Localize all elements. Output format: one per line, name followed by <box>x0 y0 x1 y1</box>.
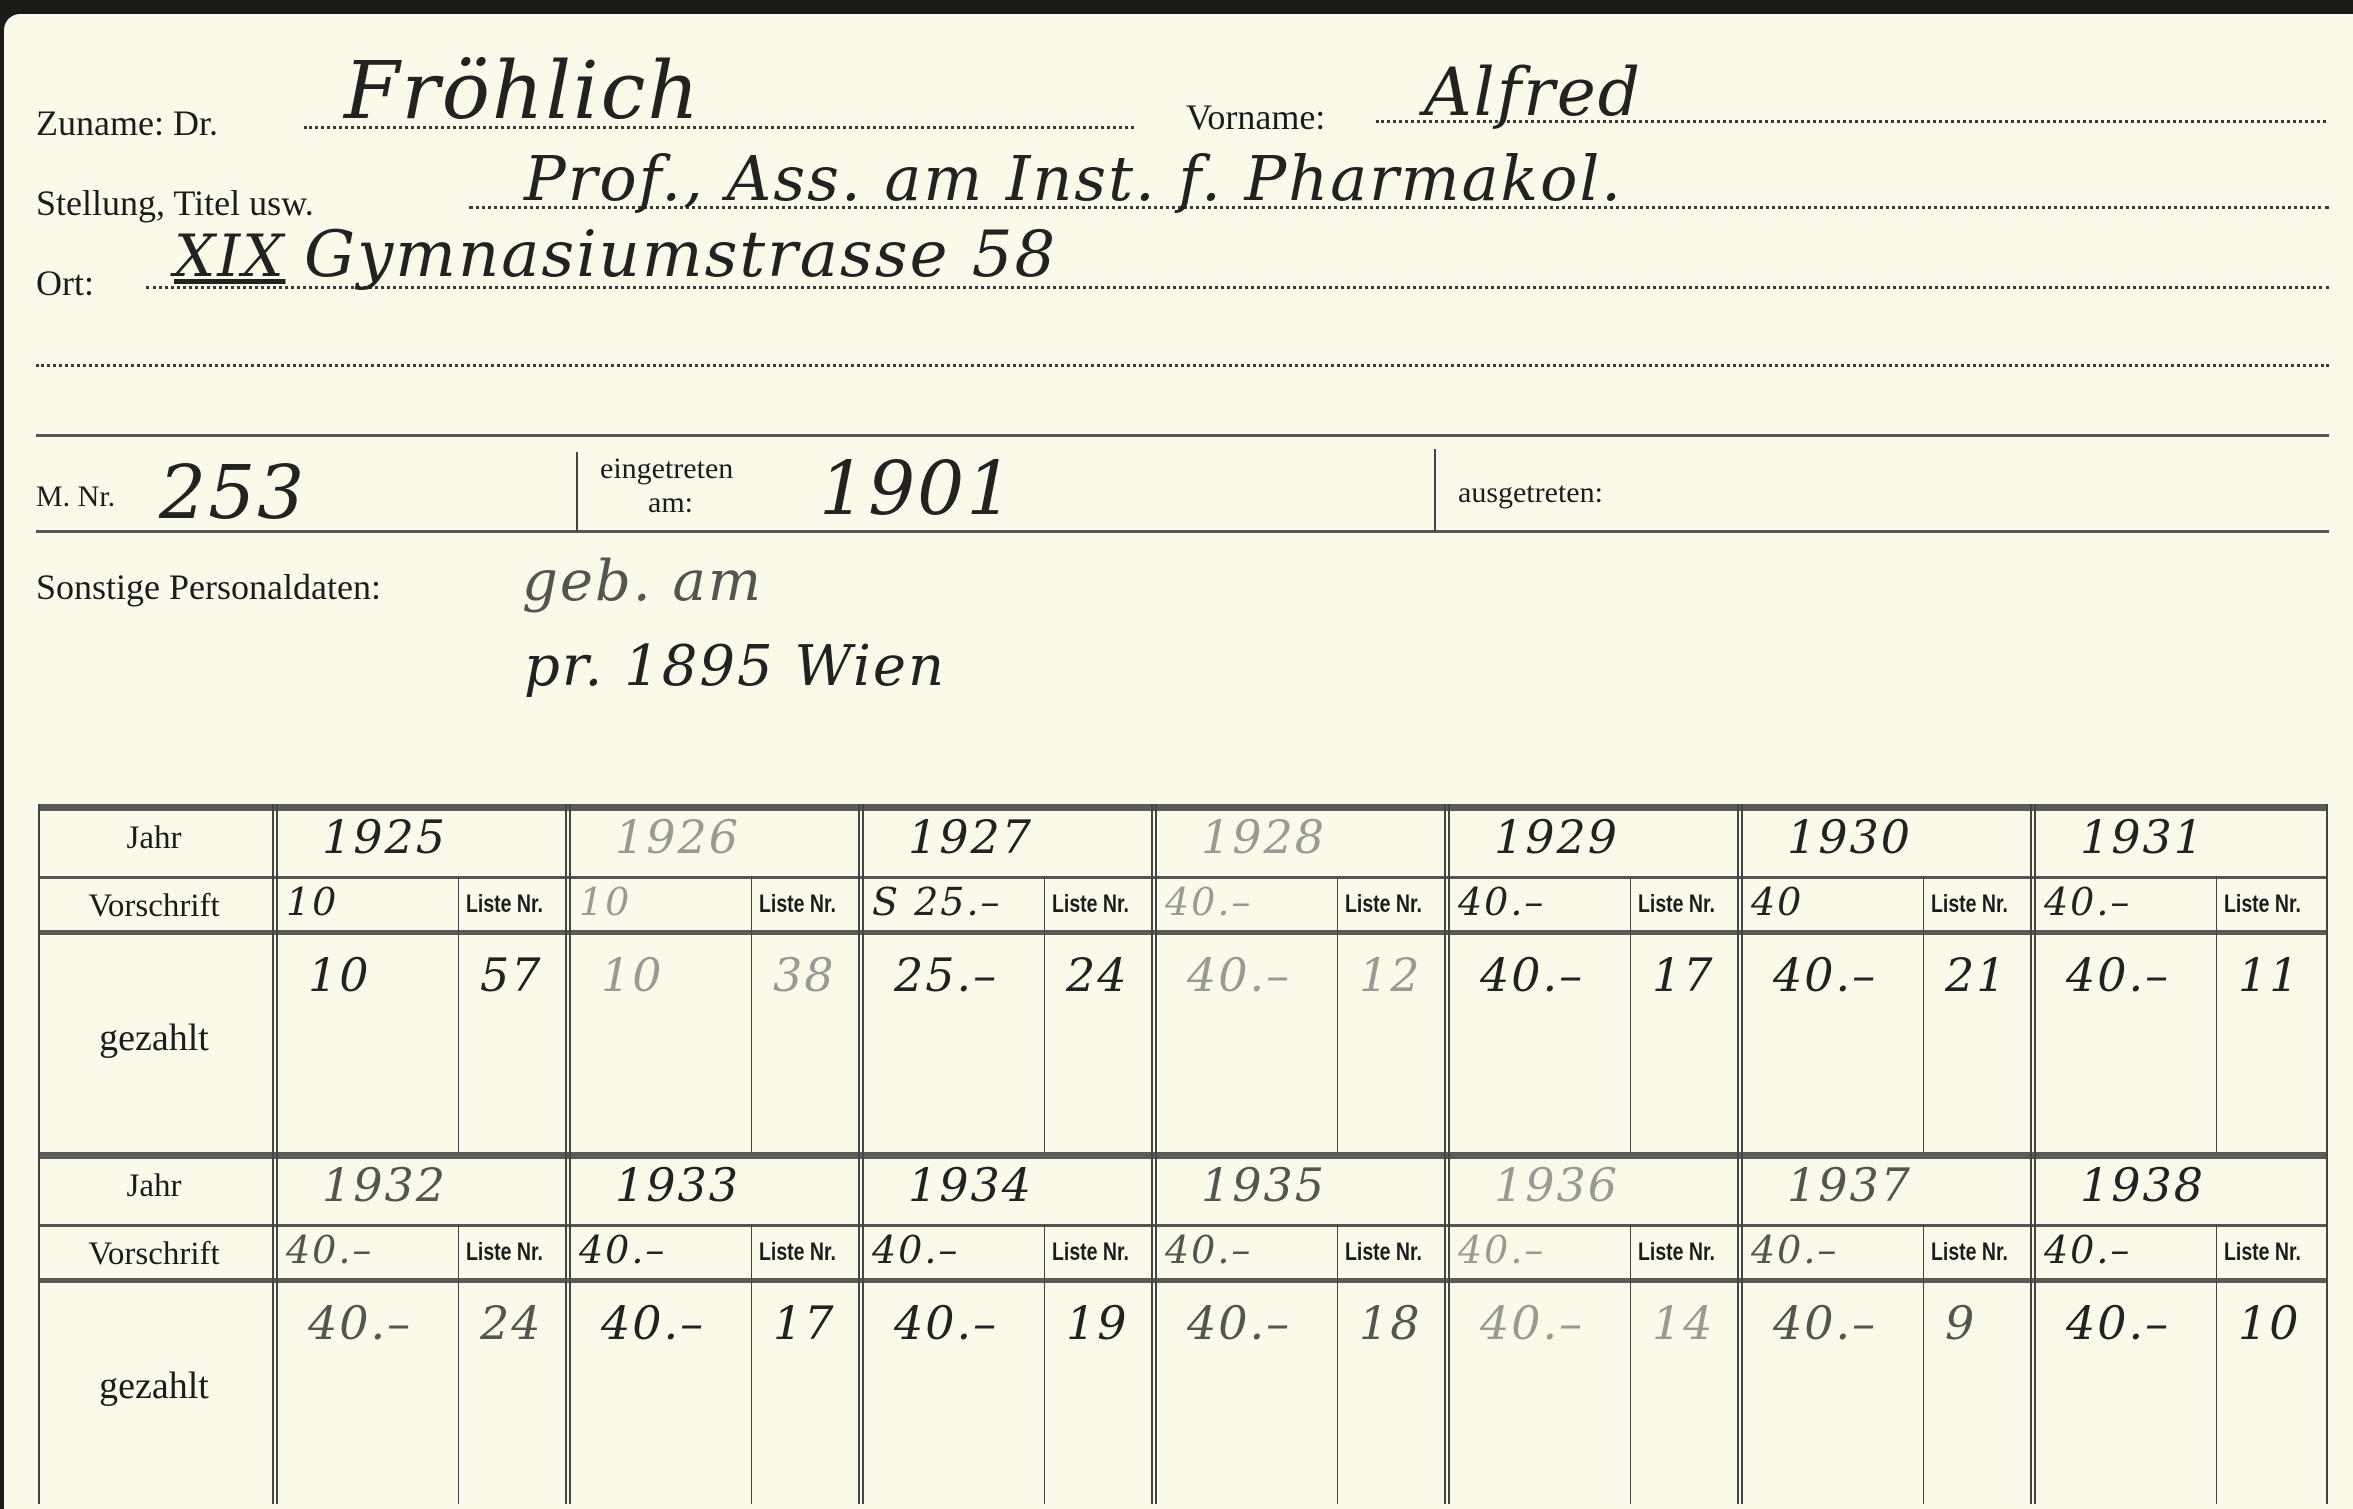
joined-label-1: eingetreten <box>600 452 733 486</box>
list-column-divider <box>2216 1224 2217 1504</box>
membership-divider-1 <box>576 452 578 532</box>
list-no-value: 57 <box>480 948 543 1002</box>
prescribed-value: 40.– <box>1751 1228 1838 1272</box>
year-block-divider <box>858 1152 864 1504</box>
list-column-divider <box>1044 876 1045 1156</box>
paid-value: 40.– <box>894 1296 998 1350</box>
list-no-header: Liste Nr. <box>466 890 543 919</box>
row-label-year: Jahr <box>38 820 270 857</box>
surname-value: Fröhlich <box>344 44 701 137</box>
list-no-value: 17 <box>1652 948 1715 1002</box>
year-value: 1934 <box>908 1158 1033 1212</box>
paid-value: 40.– <box>1773 1296 1877 1350</box>
list-column-divider <box>1923 1224 1924 1504</box>
list-column-divider <box>458 876 459 1156</box>
row-label-prescribed: Vorschrift <box>38 1236 270 1273</box>
year-block-divider <box>1444 1152 1450 1504</box>
year-value: 1933 <box>615 1158 740 1212</box>
list-no-header: Liste Nr. <box>1345 1238 1422 1267</box>
year-block-divider <box>1737 1152 1743 1504</box>
left-label: ausgetreten: <box>1458 476 1603 510</box>
membership-bottom-rule <box>36 530 2329 533</box>
prescribed-value: 40.– <box>1458 880 1545 924</box>
table-prescribed-rule <box>38 1278 2326 1283</box>
list-column-divider <box>751 876 752 1156</box>
list-no-value: 18 <box>1359 1296 1422 1350</box>
list-column-divider <box>1630 876 1631 1156</box>
row-label-year: Jahr <box>38 1168 270 1205</box>
year-block-divider <box>565 804 571 1156</box>
list-no-value: 12 <box>1359 948 1422 1002</box>
paid-value: 40.– <box>1187 1296 1291 1350</box>
personal-data-line-1: geb. am <box>522 549 763 614</box>
paid-value: 40.– <box>2066 1296 2170 1350</box>
table-right-border <box>2326 804 2328 1156</box>
paid-value: 10 <box>308 948 371 1002</box>
prescribed-value: 40.– <box>1458 1228 1545 1272</box>
row-label-prescribed: Vorschrift <box>38 888 270 925</box>
year-value: 1937 <box>1787 1158 1912 1212</box>
firstname-label: Vorname: <box>1186 96 1325 138</box>
year-block-divider <box>2030 1152 2036 1504</box>
list-no-value: 19 <box>1066 1296 1129 1350</box>
list-column-divider <box>1044 1224 1045 1504</box>
member-number-value: 253 <box>159 450 306 536</box>
list-no-value: 10 <box>2238 1296 2301 1350</box>
paid-value: 40.– <box>1773 948 1877 1002</box>
year-block-divider <box>1151 1152 1157 1504</box>
list-column-divider <box>2216 876 2217 1156</box>
list-column-divider <box>1923 876 1924 1156</box>
year-value: 1927 <box>908 810 1033 864</box>
list-no-header: Liste Nr. <box>759 1238 836 1267</box>
year-value: 1926 <box>615 810 740 864</box>
list-column-divider <box>1337 876 1338 1156</box>
list-no-value: 24 <box>1066 948 1129 1002</box>
prescribed-value: 10 <box>286 880 338 924</box>
paid-value: 40.– <box>2066 948 2170 1002</box>
year-block-divider <box>858 804 864 1156</box>
year-block-divider <box>1151 804 1157 1156</box>
year-value: 1936 <box>1494 1158 1619 1212</box>
year-value: 1928 <box>1201 810 1326 864</box>
place-district: XIX <box>174 222 286 290</box>
list-no-header: Liste Nr. <box>466 1238 543 1267</box>
prescribed-value: 40.– <box>1165 1228 1252 1272</box>
place-value: Gymnasiumstrasse 58 <box>304 218 1057 292</box>
year-block-divider <box>1444 804 1450 1156</box>
list-no-value: 24 <box>480 1296 543 1350</box>
paid-value: 40.– <box>308 1296 412 1350</box>
table-year-rule <box>38 876 2326 879</box>
member-number-label: M. Nr. <box>36 480 115 514</box>
year-value: 1931 <box>2080 810 2205 864</box>
personal-data-label: Sonstige Personaldaten: <box>36 566 381 608</box>
prescribed-value: 40 <box>1751 880 1803 924</box>
prescribed-value: 40.– <box>1165 880 1252 924</box>
prescribed-value: 40.– <box>579 1228 666 1272</box>
personal-data-line-2: pr. 1895 Wien <box>524 634 946 699</box>
list-no-header: Liste Nr. <box>1052 890 1129 919</box>
membership-top-rule <box>36 434 2329 437</box>
year-value: 1929 <box>1494 810 1619 864</box>
list-no-value: 21 <box>1945 948 2008 1002</box>
year-value: 1938 <box>2080 1158 2205 1212</box>
table-right-border <box>2326 1152 2328 1504</box>
list-no-value: 14 <box>1652 1296 1715 1350</box>
prescribed-value: 10 <box>579 880 631 924</box>
paid-value: 10 <box>601 948 664 1002</box>
paid-value: 25.– <box>894 948 998 1002</box>
list-column-divider <box>751 1224 752 1504</box>
position-label: Stellung, Titel usw. <box>36 182 314 224</box>
list-no-header: Liste Nr. <box>1052 1238 1129 1267</box>
paid-value: 40.– <box>601 1296 705 1350</box>
list-no-header: Liste Nr. <box>1638 890 1715 919</box>
paid-value: 40.– <box>1480 948 1584 1002</box>
joined-label-2: am: <box>648 486 693 520</box>
paid-value: 40.– <box>1187 948 1291 1002</box>
prescribed-value: 40.– <box>872 1228 959 1272</box>
table-year-rule <box>38 1224 2326 1227</box>
year-block-divider <box>2030 804 2036 1156</box>
year-value: 1932 <box>322 1158 447 1212</box>
position-value: Prof., Ass. am Inst. f. Pharmakol. <box>524 142 1623 215</box>
list-no-header: Liste Nr. <box>2224 890 2301 919</box>
year-block-divider <box>1737 804 1743 1156</box>
year-value: 1925 <box>322 810 447 864</box>
membership-card: Zuname: Dr. Fröhlich Vorname: Alfred Ste… <box>4 14 2353 1509</box>
place-label: Ort: <box>36 262 94 304</box>
year-value: 1930 <box>1787 810 1912 864</box>
year-block-divider <box>272 1152 278 1504</box>
list-column-divider <box>1630 1224 1631 1504</box>
row-label-paid: gezahlt <box>38 1016 270 1060</box>
year-value: 1935 <box>1201 1158 1326 1212</box>
list-no-value: 11 <box>2238 948 2301 1002</box>
list-column-divider <box>458 1224 459 1504</box>
table-prescribed-rule <box>38 930 2326 935</box>
list-no-value: 38 <box>773 948 836 1002</box>
blank-dotted-line <box>36 364 2329 367</box>
list-no-value: 17 <box>773 1296 836 1350</box>
list-no-header: Liste Nr. <box>1638 1238 1715 1267</box>
prescribed-value: S 25.– <box>872 880 1002 924</box>
prescribed-value: 40.– <box>2044 1228 2131 1272</box>
list-no-header: Liste Nr. <box>759 890 836 919</box>
list-column-divider <box>1337 1224 1338 1504</box>
list-no-value: 9 <box>1945 1296 1976 1350</box>
list-no-header: Liste Nr. <box>1931 890 2008 919</box>
paid-value: 40.– <box>1480 1296 1584 1350</box>
firstname-value: Alfred <box>1424 54 1642 131</box>
year-block-divider <box>565 1152 571 1504</box>
prescribed-value: 40.– <box>286 1228 373 1272</box>
list-no-header: Liste Nr. <box>1345 890 1422 919</box>
list-no-header: Liste Nr. <box>2224 1238 2301 1267</box>
surname-label: Zuname: Dr. <box>36 102 218 144</box>
joined-value: 1901 <box>819 446 1015 532</box>
year-block-divider <box>272 804 278 1156</box>
row-label-paid: gezahlt <box>38 1364 270 1408</box>
membership-divider-2 <box>1434 449 1436 532</box>
list-no-header: Liste Nr. <box>1931 1238 2008 1267</box>
prescribed-value: 40.– <box>2044 880 2131 924</box>
